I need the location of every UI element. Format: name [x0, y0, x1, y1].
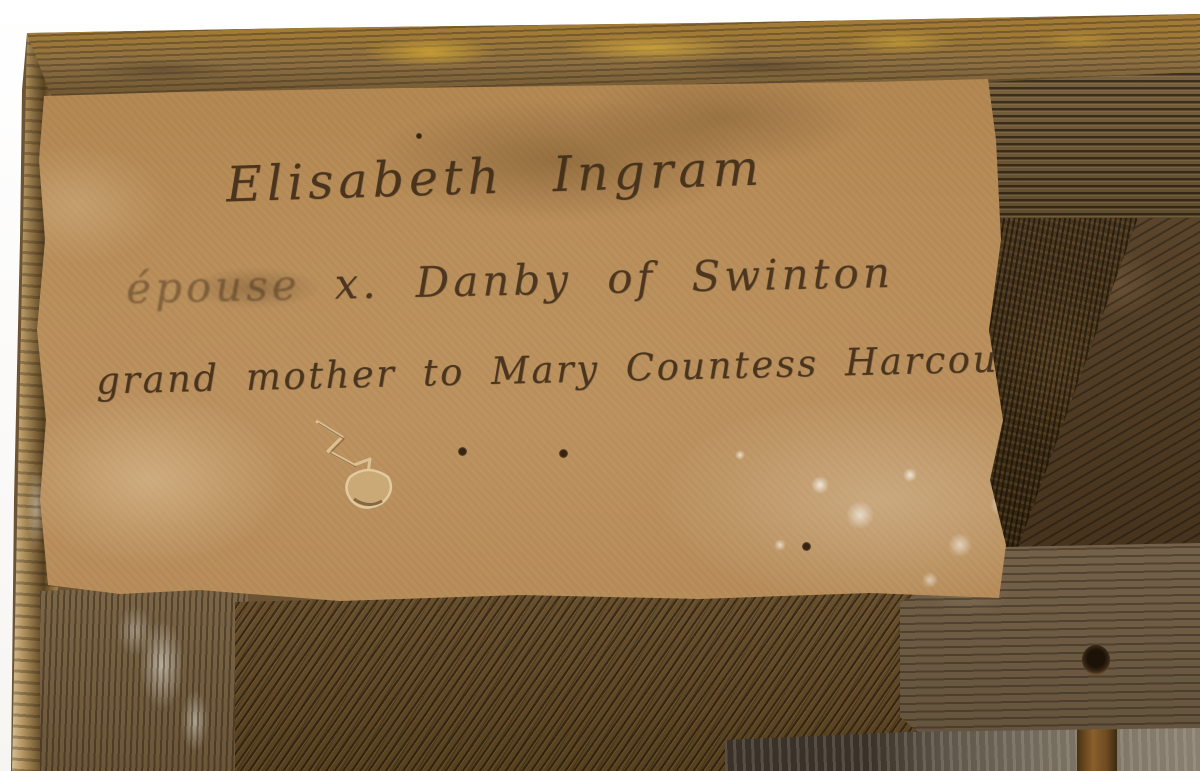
- paint-specks: [700, 415, 1020, 595]
- frame-back: Elisabeth Ingram épouse x. Danby of Swin…: [0, 0, 1200, 771]
- handwriting-words-danby-of-swinton: Danby of Swinton: [415, 248, 894, 307]
- rusty-peg: [1077, 724, 1117, 771]
- worm-hole: [458, 447, 467, 456]
- nail-hole: [1082, 645, 1110, 675]
- paper-tear: [298, 415, 448, 520]
- handwriting-word-x: x.: [334, 259, 380, 309]
- photo-backdrop: Elisabeth Ingram épouse x. Danby of Swin…: [0, 0, 1200, 771]
- handwriting-line-2: épouse x. Danby of Swinton: [126, 248, 895, 313]
- vertical-grain-panel: [40, 573, 248, 771]
- handwriting-line-3: grand mother to Mary Countess Harcourt.: [96, 336, 1051, 402]
- handwriting-line-1: Elisabeth Ingram: [225, 140, 765, 214]
- handwriting-word-epouse: épouse: [126, 260, 301, 313]
- worm-hole: [416, 133, 422, 139]
- ribbed-stretcher-bar: [985, 66, 1200, 226]
- worm-hole: [559, 449, 568, 458]
- worm-hole: [802, 542, 811, 551]
